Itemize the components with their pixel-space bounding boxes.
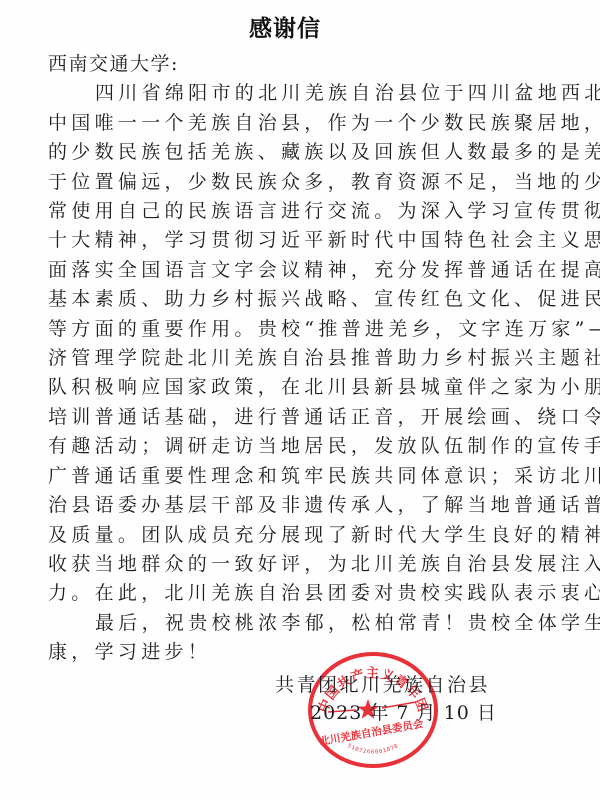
- text-line: 四川省绵阳市的北川羌族自治县位于四川盆地西北部，是: [48, 79, 523, 108]
- text-line: 最后，祝贵校桃浓李郁，松柏常青！贵校全体学生身体健: [48, 609, 523, 638]
- letter-title: 感谢信: [0, 10, 570, 43]
- letter-page: 感谢信 西南交通大学: 四川省绵阳市的北川羌族自治县位于四川盆地西北部，是 中国…: [0, 0, 600, 800]
- paragraph-2: 最后，祝贵校桃浓李郁，松柏常青！贵校全体学生身体健 康，学习进步！: [48, 609, 523, 668]
- text-line: 及质量。团队成员充分展现了新时代大学生良好的精神风貌，: [48, 521, 523, 550]
- letter-body: 西南交通大学: 四川省绵阳市的北川羌族自治县位于四川盆地西北部，是 中国唯一一个…: [48, 50, 523, 668]
- text-line: 有趣活动；调研走访当地居民，发放队伍制作的宣传手册，推: [48, 432, 523, 461]
- text-line: 常使用自己的民族语言进行交流。为深入学习宣传贯彻党的二: [48, 197, 523, 226]
- text-line: 康，学习进步！: [48, 638, 523, 667]
- paragraph-1: 四川省绵阳市的北川羌族自治县位于四川盆地西北部，是 中国唯一一个羌族自治县，作为…: [48, 79, 523, 608]
- svg-text:5107266001078: 5107266001078: [346, 743, 399, 755]
- text-line: 力。在此，北川羌族自治县团委对贵校实践队表示衷心感谢！: [48, 579, 523, 608]
- text-line: 中国唯一一个羌族自治县，作为一个少数民族聚居地，其主要: [48, 109, 523, 138]
- text-line: 治县语委办基层干部及非遗传承人，了解当地普通话普及程度: [48, 491, 523, 520]
- text-line: 济管理学院赴北川羌族自治县推普助力乡村振兴主题社会实践: [48, 344, 523, 373]
- text-line: 面落实全国语言文字会议精神，充分发挥普通话在提高劳动力: [48, 256, 523, 285]
- text-line: 于位置偏远，少数民族众多，教育资源不足，当地的少数民族: [48, 168, 523, 197]
- text-line: 广普通话重要性理念和筑牢民族共同体意识；采访北川羌族自: [48, 462, 523, 491]
- text-line: 基本素质、助力乡村振兴战略、宣传红色文化、促进民族团结: [48, 285, 523, 314]
- letter-date: 2023 年 7 月 10 日: [310, 698, 497, 725]
- signature: 共青团北川羌族自治县: [275, 670, 490, 697]
- text-line: 队积极响应国家政策，在北川县新县城童伴之家为小朋友志愿: [48, 373, 523, 402]
- text-line: 等方面的重要作用。贵校“推普进羌乡，文字连万家”——经: [48, 315, 523, 344]
- text-line: 培训普通话基础，进行普通话正音，开展绘画、绕口令大赛等: [48, 403, 523, 432]
- text-line: 收获当地群众的一致好评，为北川羌族自治县发展注入新的活: [48, 550, 523, 579]
- salutation: 西南交通大学:: [48, 50, 523, 79]
- seal-code: 5107266001078: [346, 743, 399, 755]
- text-line: 的少数民族包括羌族、藏族以及回族但人数最多的是羌族。由: [48, 138, 523, 167]
- text-line: 十大精神，学习贯彻习近平新时代中国特色社会主义思想，全: [48, 226, 523, 255]
